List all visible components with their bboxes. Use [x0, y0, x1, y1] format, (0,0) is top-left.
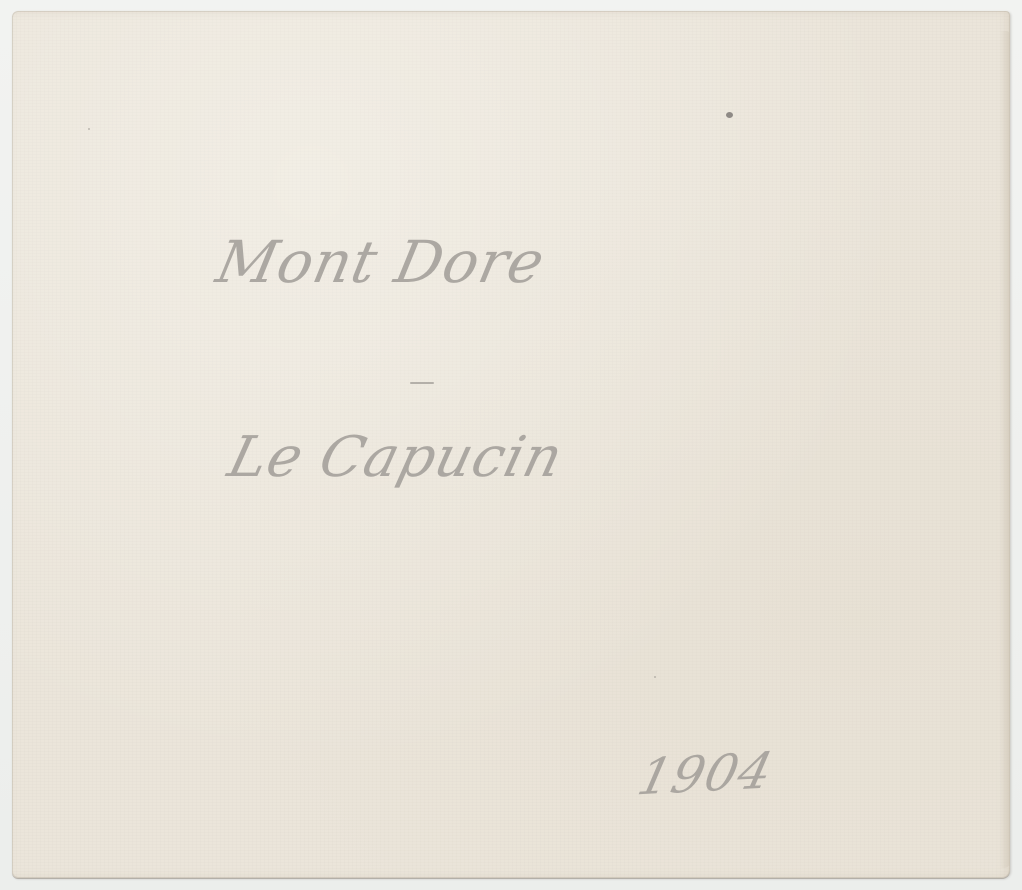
paper-speck-small [654, 676, 656, 678]
inscription-separator [410, 382, 434, 384]
inscription-subject: Le Capucin [222, 425, 570, 490]
inscription-date: 1904 [632, 742, 779, 807]
paper-edge-shading [1000, 31, 1010, 868]
inscription-location: Mont Dore [211, 228, 551, 296]
paper-speck [726, 112, 733, 118]
paper-speck-small [88, 128, 90, 130]
